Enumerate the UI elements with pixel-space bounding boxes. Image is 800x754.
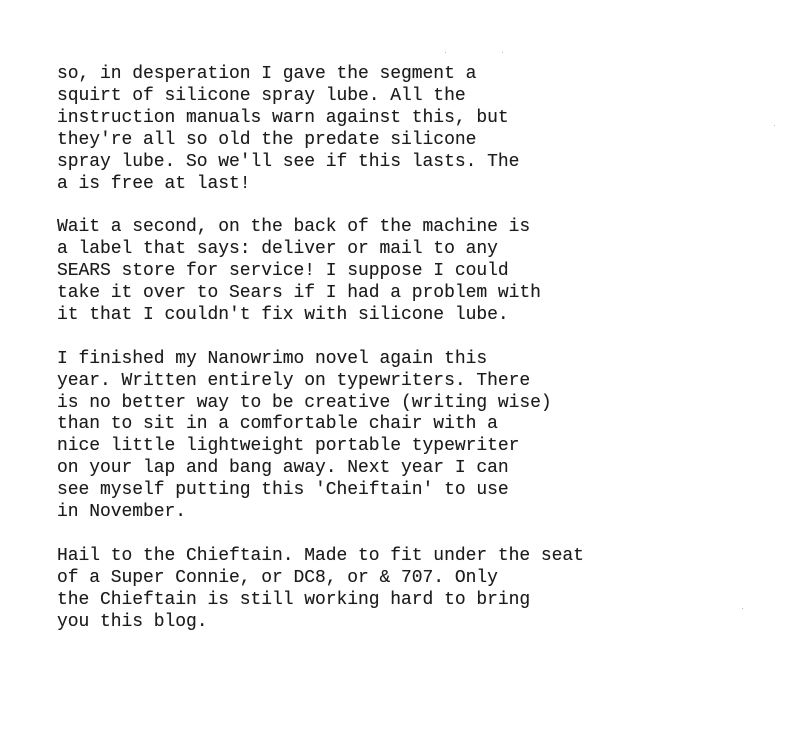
paragraph-hail-chieftain: Hail to the Chieftain. Made to fit under… xyxy=(57,546,777,634)
text-line: year. Written entirely on typewriters. T… xyxy=(57,371,777,393)
text-line: Hail to the Chieftain. Made to fit under… xyxy=(57,546,777,568)
typewritten-page: so, in desperation I gave the segment a … xyxy=(57,64,777,655)
text-line: squirt of silicone spray lube. All the xyxy=(57,86,777,108)
text-line: so, in desperation I gave the segment a xyxy=(57,64,777,86)
paper-speck xyxy=(774,125,775,126)
text-line: instruction manuals warn against this, b… xyxy=(57,108,777,130)
paper-speck xyxy=(445,52,446,53)
text-line: Wait a second, on the back of the machin… xyxy=(57,217,777,239)
text-line: in November. xyxy=(57,502,777,524)
paragraph-sears-label: Wait a second, on the back of the machin… xyxy=(57,217,777,327)
text-line: see myself putting this 'Cheiftain' to u… xyxy=(57,480,777,502)
text-line: spray lube. So we'll see if this lasts. … xyxy=(57,152,777,174)
text-line: than to sit in a comfortable chair with … xyxy=(57,414,777,436)
text-line: of a Super Connie, or DC8, or & 707. Onl… xyxy=(57,568,777,590)
paper-speck xyxy=(502,52,503,53)
paragraph-nanowrimo: I finished my Nanowrimo novel again this… xyxy=(57,349,777,524)
text-line: nice little lightweight portable typewri… xyxy=(57,436,777,458)
text-line: a label that says: deliver or mail to an… xyxy=(57,239,777,261)
text-line: SEARS store for service! I suppose I cou… xyxy=(57,261,777,283)
text-line: I finished my Nanowrimo novel again this xyxy=(57,349,777,371)
text-line: on your lap and bang away. Next year I c… xyxy=(57,458,777,480)
paper-speck xyxy=(742,608,743,609)
paragraph-silicone-lube: so, in desperation I gave the segment a … xyxy=(57,64,777,195)
text-line: a is free at last! xyxy=(57,174,777,196)
text-line: it that I couldn't fix with silicone lub… xyxy=(57,305,777,327)
text-line: the Chieftain is still working hard to b… xyxy=(57,590,777,612)
text-line: you this blog. xyxy=(57,612,777,634)
text-line: take it over to Sears if I had a problem… xyxy=(57,283,777,305)
text-line: is no better way to be creative (writing… xyxy=(57,393,777,415)
text-line: they're all so old the predate silicone xyxy=(57,130,777,152)
